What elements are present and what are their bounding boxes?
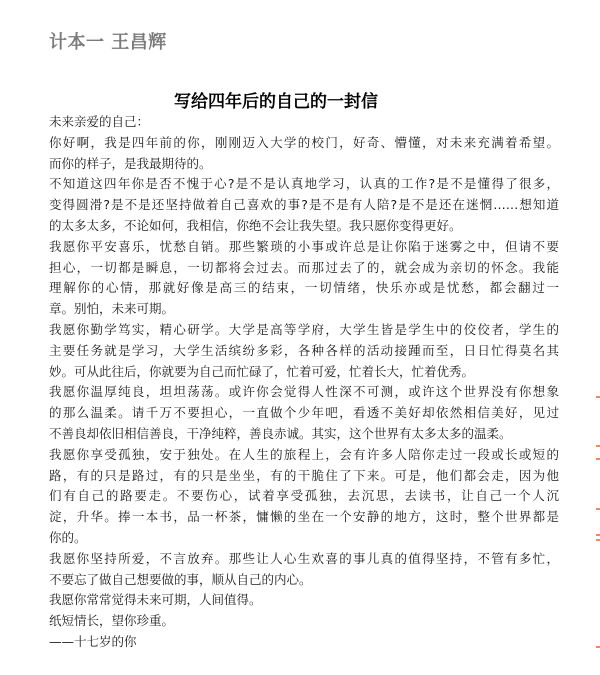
letter-line: 未来亲爱的自己： — [49, 112, 559, 133]
letter-line: 我愿你常常觉得未来可期，人间值得。 — [49, 590, 559, 611]
letter-body: 未来亲爱的自己：你好啊，我是四年前的你，刚刚迈入大学的校门，好奇、懵懂，对未来充… — [49, 112, 559, 653]
letter-line: ——十七岁的你 — [49, 632, 559, 653]
letter-line: 的那么温柔。请千万不要担心，一直做个少年吧，看透不美好却依然相信美好，见过 — [49, 403, 559, 424]
revision-marker-icon — [596, 534, 600, 536]
author-header: 计本一 王昌辉 — [49, 28, 167, 54]
letter-line: 不要忘了做自己想要做的事，顺从自己的内心。 — [49, 570, 559, 591]
letter-line: 淀，升华。捧一本书，品一杯茶，慵懒的坐在一个安静的地方，这时，整个世界都是 — [49, 507, 559, 528]
revision-marker-icon — [596, 458, 600, 460]
letter-line: 不知道这四年你是否不愧于心?是不是认真地学习，认真的工作?是不是懂得了很多， — [49, 174, 559, 195]
revision-marker-icon — [596, 646, 600, 648]
revision-marker-icon — [596, 508, 600, 510]
letter-line: 我愿你温厚纯良，坦坦荡荡。或许你会觉得人性深不可测，或许这个世界没有你想象 — [49, 382, 559, 403]
revision-marker-icon — [596, 396, 600, 398]
letter-line: 路，有的只是路过，有的只是坐坐，有的干脆住了下来。可是，他们都会走，因为他 — [49, 466, 559, 487]
revision-marker-icon — [596, 445, 600, 447]
letter-line: 我愿你享受孤独，安于独处。在人生的旅程上，会有许多人陪你走过一段或长或短的 — [49, 445, 559, 466]
letter-line: 而你的样子，是我最期待的。 — [49, 154, 559, 175]
letter-line: 主要任务就是学习，大学生活缤纷多彩，各种各样的活动接踵而至，日日忙得莫名其 — [49, 341, 559, 362]
letter-line: 纸短情长，望你珍重。 — [49, 611, 559, 632]
letter-line: 章。别怕，未来可期。 — [49, 299, 559, 320]
letter-line: 你好啊，我是四年前的你，刚刚迈入大学的校门，好奇、懵懂，对未来充满着希望。 — [49, 133, 559, 154]
letter-line: 妙。可从此往后，你就要为自己而忙碌了，忙着可爱，忙着长大，忙着优秀。 — [49, 362, 559, 383]
letter-line: 理解你的心情，那就好像是高三的结束，一切情绪，快乐亦或是忧愁，都会翻过一 — [49, 278, 559, 299]
letter-line: 我愿你坚持所爱，不言放弃。那些让人心生欢喜的事儿真的值得坚持，不管有多忙， — [49, 549, 559, 570]
letter-title: 写给四年后的自己的一封信 — [0, 87, 552, 112]
letter-line: 我愿你勤学笃实，精心研学。大学是高等学府，大学生皆是学生中的佼佼者，学生的 — [49, 320, 559, 341]
letter-line: 你的。 — [49, 528, 559, 549]
letter-line: 担心，一切都是瞬息，一切都将会过去。而那过去了的，就会成为亲切的怀念。我能 — [49, 258, 559, 279]
letter-line: 们有自己的路要走。不要伤心，试着享受孤独，去沉思，去读书，让自己一个人沉 — [49, 486, 559, 507]
letter-line: 的太多太多，不论如何，我相信，你绝不会让我失望。我只愿你变得更好。 — [49, 216, 559, 237]
letter-line: 不善良却依旧相信善良，干净纯粹，善良赤诚。其实，这个世界有太多太多的温柔。 — [49, 424, 559, 445]
letter-line: 我愿你平安喜乐，忧愁自销。那些繁琐的小事或许总是让你陷于迷雾之中，但请不要 — [49, 237, 559, 258]
revision-marker-icon — [596, 539, 600, 541]
letter-line: 变得圆滑?是不是还坚持做着自己喜欢的事?是不是有人陪?是不是还在迷惘……想知道 — [49, 195, 559, 216]
